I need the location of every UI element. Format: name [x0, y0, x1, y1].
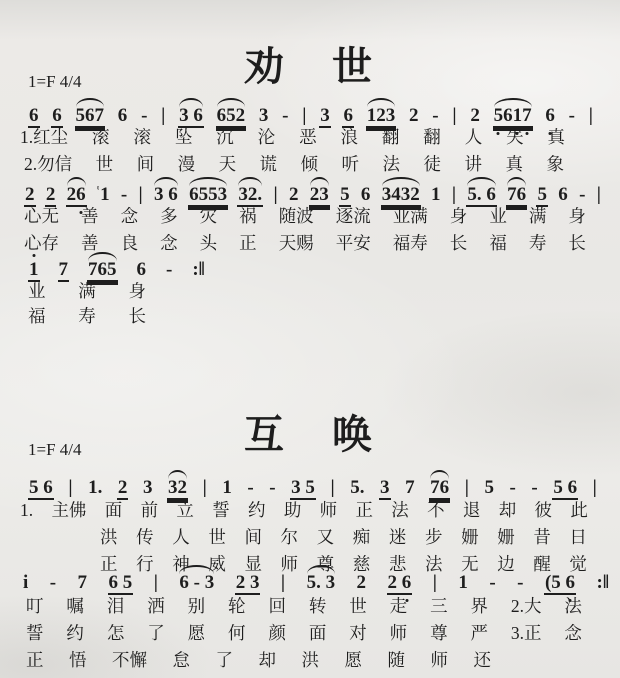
lyric-syllable: 却 [499, 500, 517, 521]
music-token: 5617 [493, 106, 533, 126]
note-char: | [433, 573, 437, 593]
note-char: 7 [78, 573, 88, 593]
note-char: - [517, 573, 523, 593]
music-token: - [431, 106, 439, 126]
note-char: 3 [326, 573, 336, 593]
music-token: 5. 6 [466, 185, 497, 205]
lyric-syllable: 福 [28, 306, 46, 327]
note-char: 2 [236, 106, 246, 126]
music-token: 652 [216, 106, 247, 126]
lyric-syllable: 誓 [212, 500, 230, 521]
lyric-syllable: 怎 [107, 623, 125, 644]
lyric-syllable: 面 [105, 500, 123, 521]
lyric-syllable: 身 [129, 281, 147, 302]
note-char: 3 [205, 573, 215, 593]
lyric-syllable: 法 [564, 596, 582, 617]
music-token: 1. [87, 478, 103, 498]
key-signature: 1=F 4/4 [28, 440, 82, 460]
note-char: 6 [217, 106, 227, 126]
music-token: | [451, 106, 457, 126]
note-char: 3 [218, 185, 228, 205]
music-line: 665676-|3 66523-|361232-|256176-| [28, 96, 594, 126]
note-char: - [247, 478, 253, 498]
note-char: 6 [566, 573, 576, 593]
note-char: 4 [391, 185, 401, 205]
lyric-syllable: 师 [320, 500, 338, 521]
note-char: 1 [29, 260, 39, 280]
note-char: 7 [507, 185, 517, 205]
lyric-syllable: 又 [317, 527, 335, 548]
lyric-syllable: 洪 [100, 527, 118, 548]
music-token: 7 [58, 260, 70, 280]
note-char: 7 [59, 260, 69, 280]
music-token: - [140, 106, 148, 126]
music-token: 3 [258, 106, 270, 126]
lyric-syllable: 坠 [175, 127, 193, 148]
lyric-syllable: 日 [569, 527, 587, 548]
note-char: 6 [76, 185, 86, 205]
note-char: 5 [123, 573, 133, 593]
note-char: 5 [107, 260, 117, 280]
note-char: 3 [154, 185, 164, 205]
lyric-syllable: 身 [568, 206, 586, 227]
music-token: :‖ [191, 260, 206, 280]
lyric-syllable: 业 [489, 206, 507, 227]
note-char: | [465, 478, 469, 498]
note-char: 2 [376, 106, 386, 126]
note-char: 5 [340, 185, 350, 205]
music-token: 76 [429, 478, 450, 498]
note-char: 5 [553, 478, 563, 498]
lyric-syllable: 愿 [345, 650, 363, 671]
music-line: 2226ᵗ1-|3 6655332.|2235634321|5. 67656-| [24, 175, 602, 205]
note-char: ‖ [199, 260, 205, 280]
music-token: - [120, 185, 128, 205]
lyric-syllable: 泪 [107, 596, 125, 617]
lyrics-row: 叮嘱泪洒别轮回转世走三界2.大法 [26, 596, 582, 617]
note-char: 5 [305, 478, 315, 498]
lyric-syllable: 痴 [353, 527, 371, 548]
music-token: 5 [483, 478, 495, 498]
lyric-syllable: 约 [66, 623, 84, 644]
lyric-syllable: 徒 [423, 154, 441, 175]
lyrics-row: 洪传人世间尔又痴迷步姗姗昔日 [100, 527, 587, 548]
lyric-syllable: 正 [355, 500, 373, 521]
lyric-syllable: 心无 [24, 206, 59, 227]
music-token: | [280, 573, 286, 593]
note-char: 2 [118, 478, 128, 498]
note-char: 3 [259, 106, 269, 126]
music-token: | [67, 478, 73, 498]
key-signature: 1=F 4/4 [28, 72, 82, 92]
note-char: 1 [458, 573, 468, 593]
lyric-syllable: 失 [506, 127, 524, 148]
note-char: - [489, 573, 495, 593]
note-char: 6 [503, 106, 513, 126]
lyric-syllable: 恶 [299, 127, 317, 148]
note-char: 3 [179, 106, 189, 126]
music-line: i-76 5|6 - 32 3|5. 322 6|1--(5 6:‖ [22, 563, 610, 593]
lyric-syllable: 满 [529, 206, 547, 227]
lyric-syllable: 怠 [173, 650, 191, 671]
music-token: 2 [469, 106, 481, 126]
note-char: 6 [29, 106, 39, 126]
lyric-syllable: 却 [259, 650, 277, 671]
lyric-syllable: 悟 [69, 650, 87, 671]
music-token: 3 6 [153, 185, 179, 205]
note-char: - [141, 106, 147, 126]
lyric-syllable: 尔 [281, 527, 299, 548]
lyric-syllable: 听 [342, 154, 360, 175]
music-token: 2 [117, 478, 129, 498]
note-char: 7 [430, 478, 440, 498]
lyric-syllable: 2.勿信 [24, 154, 72, 175]
note-char: - [579, 185, 585, 205]
note-char: 2 [388, 573, 398, 593]
music-token: 6 [28, 106, 40, 126]
note-char: 7 [522, 106, 532, 126]
note-char: | [68, 478, 72, 498]
note-char: 6 [189, 185, 199, 205]
music-token: - [281, 106, 289, 126]
note-char: 2 [409, 106, 419, 126]
music-token: 1 [28, 260, 40, 280]
lyric-syllable: 嘱 [66, 596, 84, 617]
note-char: 6 [343, 106, 353, 126]
note-char: 5 [537, 185, 547, 205]
lyric-syllable: 人 [465, 127, 483, 148]
lyric-syllable: 间 [137, 154, 155, 175]
music-token: 3 [319, 106, 331, 126]
music-token: | [464, 478, 470, 498]
note-char: - [531, 478, 537, 498]
note-char: 3 [386, 106, 396, 126]
music-token: 32. [237, 185, 263, 205]
note-char: 5 [199, 185, 209, 205]
lyric-syllable: 天赐 [279, 233, 314, 254]
lyric-syllable: 了 [216, 650, 234, 671]
lyric-syllable: 法 [391, 500, 409, 521]
music-token: 6 5 [108, 573, 134, 593]
music-token: | [592, 478, 598, 498]
music-token: 1 [221, 478, 233, 498]
music-token: | [153, 573, 159, 593]
music-token: | [301, 106, 307, 126]
lyric-syllable: 随 [388, 650, 406, 671]
music-token: - [509, 478, 517, 498]
note-char: 3 [382, 185, 392, 205]
note-char: 5 [467, 185, 477, 205]
music-token: 6 [136, 260, 148, 280]
music-token: - [49, 573, 57, 593]
note-char: 2 [310, 185, 320, 205]
note-char: 1 [88, 478, 98, 498]
lyric-syllable: 回 [268, 596, 286, 617]
music-token: 6 [360, 185, 372, 205]
lyrics-row: 福寿长 [28, 306, 146, 327]
note-char: | [597, 185, 601, 205]
note-char: 6 [118, 106, 128, 126]
note-char: 3 [238, 185, 248, 205]
note-char: | [593, 478, 597, 498]
song-title: 互 唤 [0, 403, 620, 460]
note-char: 5 [494, 106, 504, 126]
music-token: 5 6 [552, 478, 578, 498]
music-token: 5. [349, 478, 365, 498]
note-char: | [452, 185, 456, 205]
lyric-syllable: 业满 [393, 206, 428, 227]
music-token: 765 [87, 260, 118, 280]
note-char: 6 [179, 573, 189, 593]
lyrics-row: 1.红尘滚滚坠沉沦恶浪翻翻人失真 [20, 127, 565, 148]
music-token: 5. 3 [306, 573, 337, 593]
note-char: . [360, 478, 365, 498]
note-char: 5 [76, 106, 86, 126]
lyric-syllable: 彼 [535, 500, 553, 521]
music-token: - [165, 260, 173, 280]
note-char: 3 [168, 478, 178, 498]
lyric-syllable: 不懈 [112, 650, 147, 671]
music-token: | [329, 478, 335, 498]
lyric-syllable: 正 [239, 233, 257, 254]
note-char: . [257, 185, 262, 205]
lyric-syllable: 随波 [279, 206, 314, 227]
music-token: | [160, 106, 166, 126]
music-token: (5 6 [544, 573, 576, 593]
lyric-syllable: 转 [309, 596, 327, 617]
note-char: 2 [410, 185, 420, 205]
lyric-syllable: 1. [20, 500, 33, 521]
lyric-syllable: 寿 [529, 233, 547, 254]
lyric-syllable: 翻 [423, 127, 441, 148]
music-token: 2 [45, 185, 57, 205]
music-token: - [488, 573, 496, 593]
note-char: 5 [307, 573, 317, 593]
note-char: i [23, 573, 28, 593]
lyric-syllable: 浪 [340, 127, 358, 148]
music-token: | [272, 185, 278, 205]
lyric-syllable: 滚 [92, 127, 110, 148]
note-char: 7 [95, 106, 105, 126]
note-char: 6 [168, 185, 178, 205]
lyric-syllable: 迷 [389, 527, 407, 548]
music-token: | [596, 185, 602, 205]
lyric-syllable: 谎 [260, 154, 278, 175]
lyric-syllable: 真 [505, 154, 523, 175]
note-char: 6 [568, 478, 578, 498]
lyric-syllable: 昔 [533, 527, 551, 548]
note-char: 6 [517, 185, 527, 205]
lyric-syllable: 三 [430, 596, 448, 617]
note-char: 1 [100, 185, 110, 205]
note-char: 5 [208, 185, 218, 205]
note-char: 6 [109, 573, 119, 593]
lyrics-row: 心无善念多灾祸随波逐流业满身业满身 [24, 206, 586, 227]
note-char: - [569, 106, 575, 126]
lyric-syllable: 姗 [461, 527, 479, 548]
lyric-syllable: 世 [349, 596, 367, 617]
lyric-syllable: 沦 [258, 127, 276, 148]
note-char: 3 [250, 573, 260, 593]
music-token: | [588, 106, 594, 126]
note-char: 2 [178, 478, 188, 498]
lyric-syllable: 约 [248, 500, 266, 521]
music-token: - [568, 106, 576, 126]
music-token: - [516, 573, 524, 593]
note-char: 6 [85, 106, 95, 126]
note-char: - [121, 185, 127, 205]
lyric-syllable: 象 [546, 154, 564, 175]
note-char: 1 [222, 478, 232, 498]
music-token: 26 [66, 185, 87, 205]
note-char: | [273, 185, 277, 205]
lyric-syllable: 念 [564, 623, 582, 644]
note-char: 2 [25, 185, 35, 205]
music-token: i [22, 573, 29, 593]
lyric-syllable: 颜 [268, 623, 286, 644]
lyric-syllable: 师 [431, 650, 449, 671]
music-token: 5 [339, 185, 351, 205]
music-token: 6 [51, 106, 63, 126]
lyric-syllable: 讲 [464, 154, 482, 175]
note-char: 3 [401, 185, 411, 205]
lyrics-row: 业满身 [28, 281, 146, 302]
note-char: - [510, 478, 516, 498]
music-token: - [268, 478, 276, 498]
lyric-syllable: 洪 [302, 650, 320, 671]
lyric-syllable: 3.正 [511, 623, 542, 644]
lyric-syllable: 尊 [430, 623, 448, 644]
note-char: 6 [545, 106, 555, 126]
lyric-syllable: 翻 [382, 127, 400, 148]
lyric-syllable: 人 [172, 527, 190, 548]
lyric-syllable: 传 [136, 527, 154, 548]
music-token: | [138, 185, 144, 205]
note-char: 2 [248, 185, 258, 205]
note-char: ‖ [603, 573, 609, 593]
music-token: 6 [544, 106, 556, 126]
note-char: 5 [350, 478, 360, 498]
lyric-syllable: 倾 [301, 154, 319, 175]
lyrics-row: 正悟不懈怠了却洪愿随师还 [26, 650, 491, 671]
lyrics-row: 1.主佛面前立誓约助师正法不退却彼此 [20, 500, 588, 521]
lyric-syllable: 多 [160, 206, 178, 227]
music-token: 3 [142, 478, 154, 498]
note-char: 2 [236, 573, 246, 593]
lyric-syllable: 灾 [200, 206, 218, 227]
note-char: 2 [67, 185, 77, 205]
note-char: 6 [137, 260, 147, 280]
lyric-syllable: 天 [219, 154, 237, 175]
note-char: 2 [46, 185, 56, 205]
note-char: 5 [226, 106, 236, 126]
lyric-syllable: 主佛 [51, 500, 86, 521]
lyrics-row: 誓约怎了愿何颜面对师尊严3.正念 [26, 623, 582, 644]
lyric-syllable: 2.大 [511, 596, 542, 617]
grace-note-mark: ᵗ [97, 184, 99, 195]
note-char: 1 [367, 106, 377, 126]
note-char: 3 [143, 478, 153, 498]
note-char: | [154, 573, 158, 593]
lyric-syllable: 法 [383, 154, 401, 175]
note-char: 6 [43, 478, 53, 498]
lyric-syllable: 福 [489, 233, 507, 254]
music-token: 2 6 [387, 573, 413, 593]
music-token: 123 [366, 106, 397, 126]
lyric-syllable: 寿 [78, 306, 96, 327]
music-token: 2 [24, 185, 36, 205]
lyric-syllable: 身 [450, 206, 468, 227]
note-char: 7 [405, 478, 415, 498]
note-char: | [139, 185, 143, 205]
lyric-syllable: 漫 [178, 154, 196, 175]
note-char: 3 [320, 106, 330, 126]
music-token: - [578, 185, 586, 205]
note-char: | [330, 478, 334, 498]
music-token: - [246, 478, 254, 498]
lyric-syllable: 真 [548, 127, 566, 148]
music-token: 567 [75, 106, 106, 126]
note-char: 3 [380, 478, 390, 498]
note-char: 3 [319, 185, 329, 205]
lyric-syllable: 正 [26, 650, 44, 671]
note-char: - [50, 573, 56, 593]
music-token: 6 - 3 [178, 573, 215, 593]
note-char: 6 [52, 106, 62, 126]
lyric-syllable: 洒 [147, 596, 165, 617]
note-char: 7 [88, 260, 98, 280]
note-char: 2 [470, 106, 480, 126]
lyric-syllable: 走 [390, 596, 408, 617]
note-char: 2 [289, 185, 299, 205]
note-char: 1 [513, 106, 523, 126]
music-token: 6 [117, 106, 129, 126]
lyric-syllable: 了 [147, 623, 165, 644]
lyric-syllable: 退 [463, 500, 481, 521]
lyric-syllable: 平安 [336, 233, 371, 254]
lyric-syllable: 福寿 [393, 233, 428, 254]
lyric-syllable: 长 [129, 306, 147, 327]
music-token: 3 6 [178, 106, 204, 126]
lyric-syllable: 别 [188, 596, 206, 617]
music-token: 76 [506, 185, 527, 205]
note-char: | [203, 478, 207, 498]
lyric-syllable: 立 [176, 500, 194, 521]
note-char: | [302, 106, 306, 126]
lyric-syllable: 沉 [216, 127, 234, 148]
note-char: - [282, 106, 288, 126]
lyric-syllable: 不 [427, 500, 445, 521]
note-char: - [269, 478, 275, 498]
music-token: 7 [404, 478, 416, 498]
music-token: 6 [342, 106, 354, 126]
music-token: 7 [77, 573, 89, 593]
note-char: | [589, 106, 593, 126]
note-char: | [281, 573, 285, 593]
music-token: - [530, 478, 538, 498]
note-char: 6 [402, 573, 412, 593]
lyric-syllable: 滚 [133, 127, 151, 148]
note-char: 6 [98, 260, 108, 280]
lyric-syllable: 叮 [26, 596, 44, 617]
lyric-syllable: 严 [470, 623, 488, 644]
lyric-syllable: 还 [474, 650, 492, 671]
music-token: 3 5 [290, 478, 316, 498]
lyric-syllable: 助 [284, 500, 302, 521]
lyric-syllable: 满 [78, 281, 96, 302]
music-token: 2 [408, 106, 420, 126]
lyric-syllable: 世 [208, 527, 226, 548]
